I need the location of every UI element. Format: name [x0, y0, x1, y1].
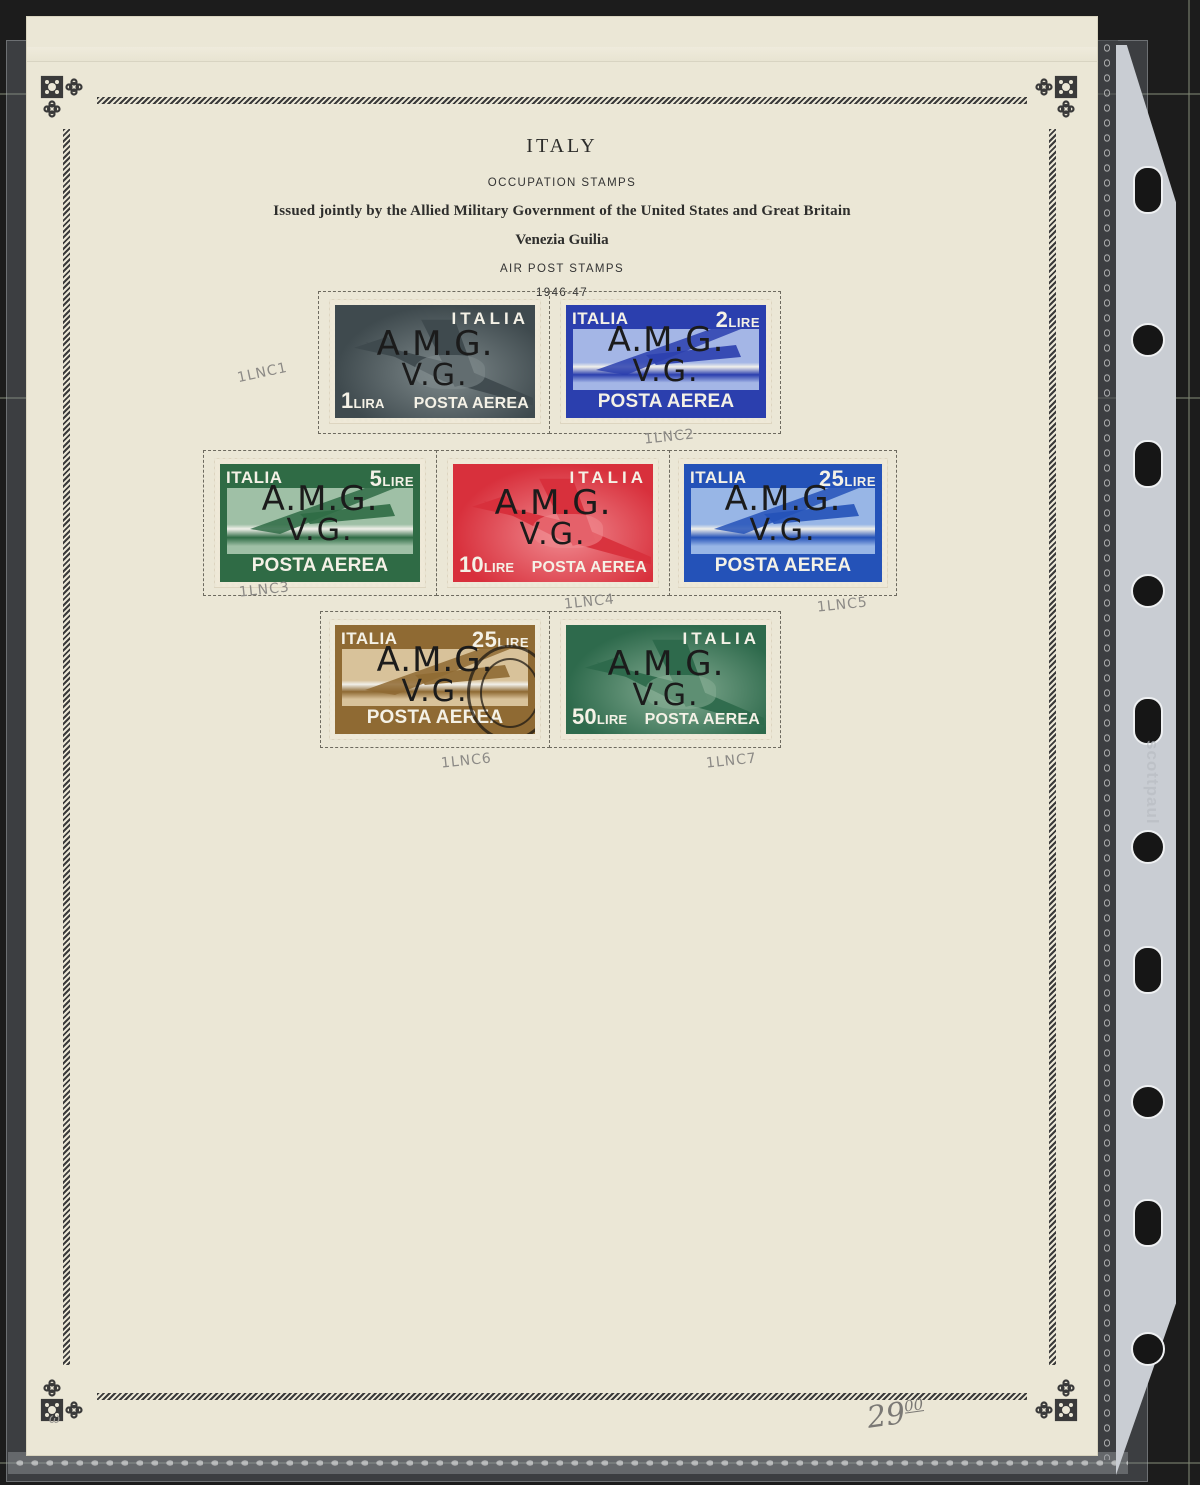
issued-by-text: Issued jointly by the Allied Military Go…	[27, 203, 1097, 220]
binder-hole	[1133, 1199, 1163, 1247]
binder-hole	[1133, 697, 1163, 745]
stamp-country: ITALIA	[690, 468, 747, 491]
stamp-bottom-row: POSTA AEREA	[572, 391, 760, 413]
stamp-denomination: 25LIRE	[819, 468, 876, 491]
stamp[interactable]: ITALIA10LIREPOSTA AEREAA.M.G. V.G.	[448, 459, 658, 587]
binder-hole	[1131, 323, 1165, 357]
stamp[interactable]: ITALIA50LIREPOSTA AEREAA.M.G. V.G.	[561, 620, 771, 739]
corner-ornament-bottom-right	[1025, 1369, 1079, 1423]
stamp-design: ITALIA25LIREPOSTA AEREAA.M.G. V.G.	[684, 464, 882, 582]
stamp-caption: POSTA AEREA	[252, 555, 389, 577]
protector-brand-text: scottpaul	[1132, 740, 1162, 890]
stamp[interactable]: ITALIA5LIREPOSTA AEREAA.M.G. V.G.	[215, 459, 425, 587]
catalog-note: 1LNC7	[705, 750, 757, 771]
stamp-bottom-row: POSTA AEREA	[226, 555, 414, 577]
border-right	[1049, 129, 1056, 1365]
stamp-bottom-row: 1LIRAPOSTA AEREA	[341, 390, 529, 413]
stamp-denomination: 10LIRE	[459, 554, 514, 577]
stamp-design: ITALIA1LIRAPOSTA AEREAA.M.G. V.G.	[335, 305, 535, 418]
hands-motif	[646, 675, 716, 709]
stamp-country: ITALIA	[572, 309, 629, 332]
protector-weld-bottom	[8, 1452, 1128, 1474]
stamp-country: ITALIA	[451, 309, 529, 329]
corner-ornament-top-left	[39, 74, 93, 128]
region-title: Venezia Guilia	[27, 232, 1097, 249]
stamp-denomination: 5LIRE	[370, 468, 414, 491]
stamp-caption: POSTA AEREA	[532, 559, 647, 577]
stamp-design: ITALIA2LIREPOSTA AEREAA.M.G. V.G.	[566, 305, 766, 418]
stamp[interactable]: ITALIA25LIREPOSTA AEREAA.M.G. V.G.	[330, 620, 540, 739]
pencil-mark: ω	[49, 1410, 60, 1426]
price-cents: 00	[903, 1395, 924, 1415]
binder-hole	[1131, 1332, 1165, 1366]
stamp-caption: POSTA AEREA	[715, 555, 852, 577]
stamp-top-row: ITALIA	[572, 629, 760, 649]
stamp[interactable]: ITALIA25LIREPOSTA AEREAA.M.G. V.G.	[679, 459, 887, 587]
category-title: AIR POST STAMPS	[27, 263, 1097, 275]
page-title: ITALY	[27, 135, 1097, 158]
binder-hole	[1131, 574, 1165, 608]
stamp-bottom-row: 10LIREPOSTA AEREA	[459, 554, 647, 577]
stamp-caption: POSTA AEREA	[598, 391, 735, 413]
corner-ornament-top-right	[1025, 74, 1079, 128]
stamp-top-row: ITALIA	[459, 468, 647, 488]
stamp-top-row: ITALIA25LIRE	[690, 468, 876, 491]
hands-motif	[415, 355, 485, 389]
stamp-top-row: ITALIA	[341, 309, 529, 329]
binder-hole	[1133, 440, 1163, 488]
binder-hole	[1131, 1085, 1165, 1119]
stamp-caption: POSTA AEREA	[414, 395, 529, 413]
stamp-design: ITALIA25LIREPOSTA AEREAA.M.G. V.G.	[335, 625, 535, 734]
stamp-bottom-row: 50LIREPOSTA AEREA	[572, 706, 760, 729]
stamp-top-row: ITALIA2LIRE	[572, 309, 760, 332]
section-title: OCCUPATION STAMPS	[27, 177, 1097, 189]
stamp-country: ITALIA	[569, 468, 647, 488]
stamp-denomination: 1LIRA	[341, 390, 385, 413]
price-value: 29	[865, 1396, 908, 1436]
binder-hole	[1133, 166, 1163, 214]
catalog-note: 1LNC5	[816, 594, 868, 615]
stamp-country: ITALIA	[341, 629, 398, 652]
stamp-denomination: 2LIRE	[716, 309, 760, 332]
stamp[interactable]: ITALIA2LIREPOSTA AEREAA.M.G. V.G.	[561, 300, 771, 423]
mat-gridline	[1188, 0, 1190, 1485]
stamp-denomination: 50LIRE	[572, 706, 627, 729]
hands-motif	[533, 514, 603, 548]
catalog-note: 1LNC6	[440, 750, 492, 771]
page-crease	[27, 47, 1097, 62]
border-left	[63, 129, 70, 1365]
catalog-note: 1LNC1	[236, 360, 289, 386]
stamp-country: ITALIA	[682, 629, 760, 649]
stamp-top-row: ITALIA5LIRE	[226, 468, 414, 491]
stamp[interactable]: ITALIA1LIRAPOSTA AEREAA.M.G. V.G.	[330, 300, 540, 423]
border-top	[97, 97, 1027, 104]
binder-hole	[1133, 946, 1163, 994]
stamp-bottom-row: POSTA AEREA	[690, 555, 876, 577]
corner-ornament-bottom-left	[39, 1369, 93, 1423]
album-page: ITALY OCCUPATION STAMPS Issued jointly b…	[27, 17, 1097, 1455]
stamp-design: ITALIA5LIREPOSTA AEREAA.M.G. V.G.	[220, 464, 420, 582]
stamp-design: ITALIA10LIREPOSTA AEREAA.M.G. V.G.	[453, 464, 653, 582]
stamp-caption: POSTA AEREA	[645, 711, 760, 729]
stamp-country: ITALIA	[226, 468, 283, 491]
stamp-design: ITALIA50LIREPOSTA AEREAA.M.G. V.G.	[566, 625, 766, 734]
protector-weld-edge	[1096, 40, 1118, 1460]
